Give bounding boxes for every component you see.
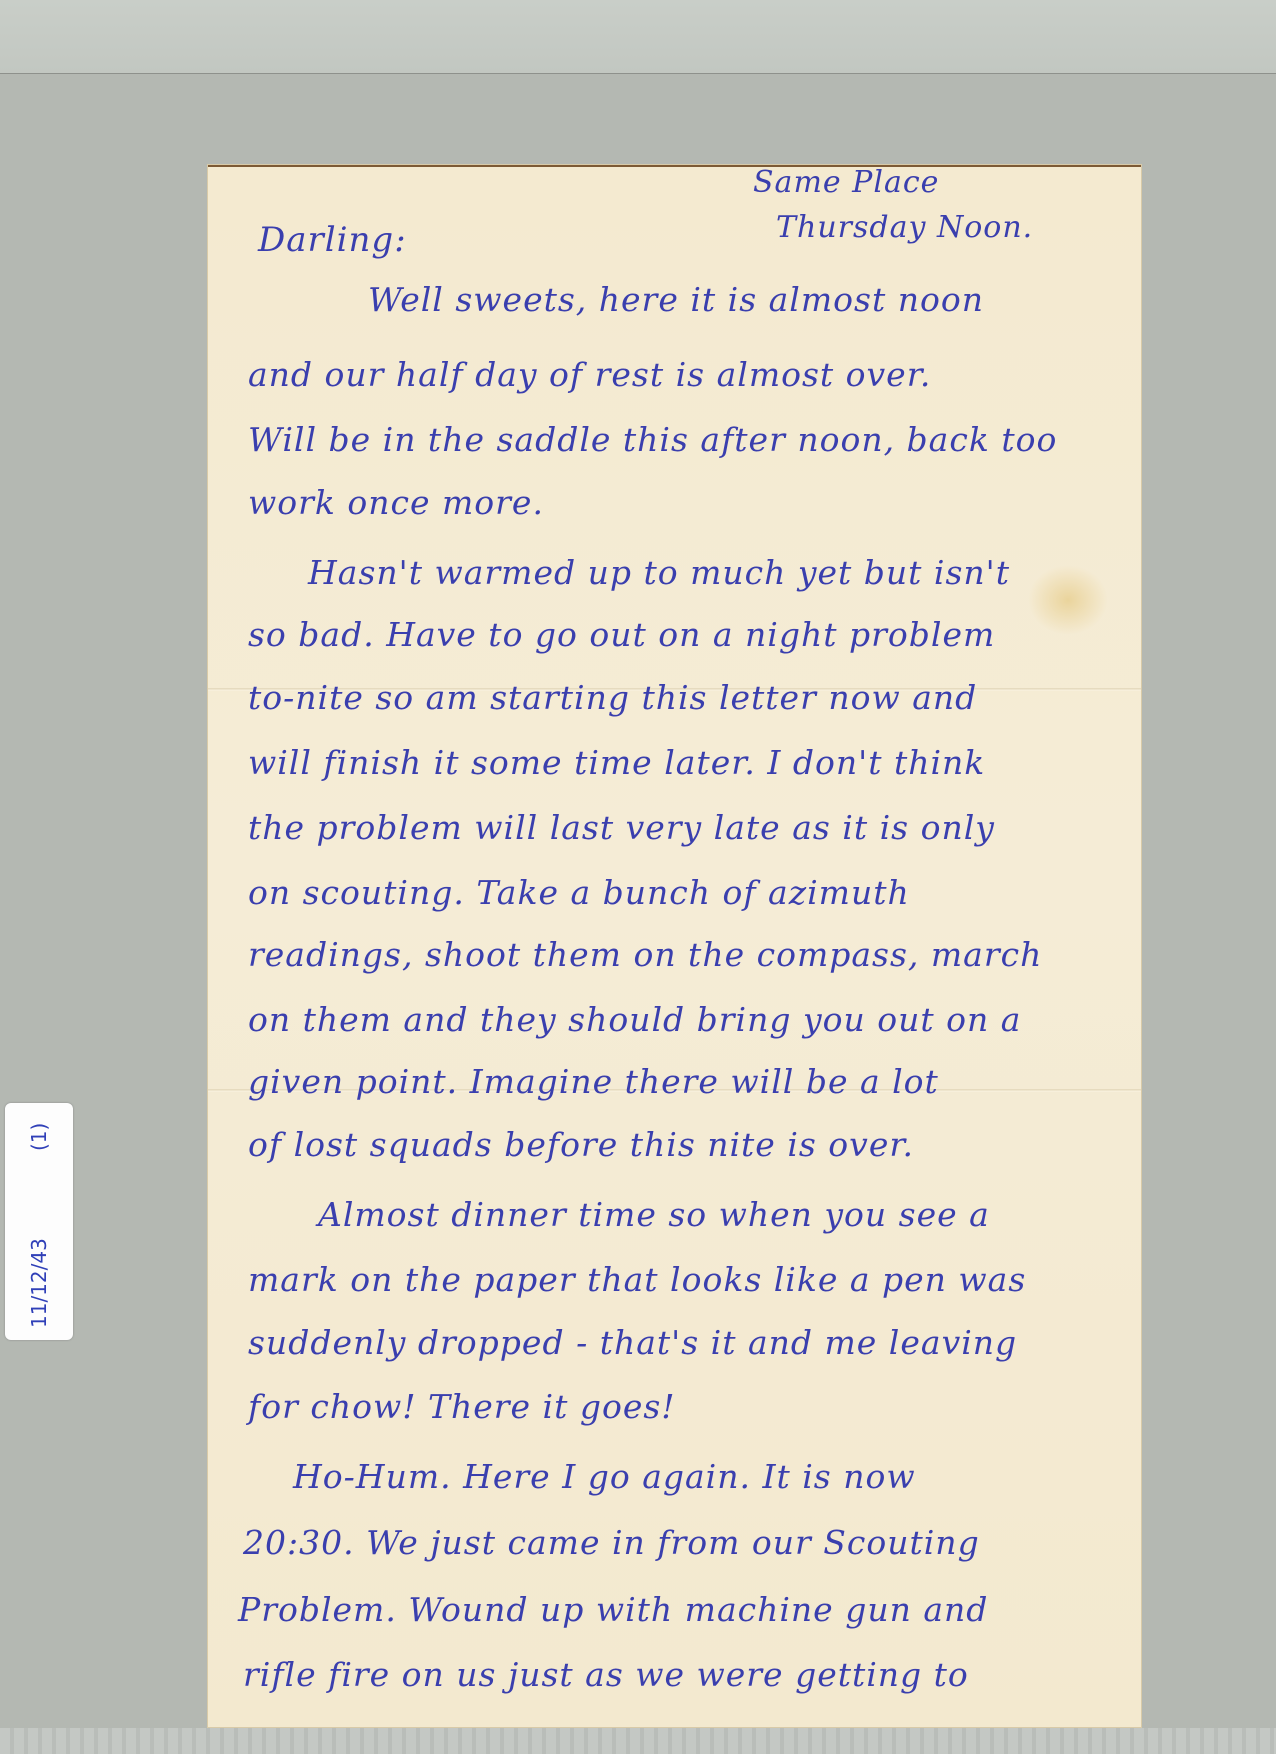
letter-line: Problem. Wound up with machine gun and [238,1590,988,1629]
letter-line: suddenly dropped - that's it and me leav… [248,1323,1017,1362]
letter-line: rifle fire on us just as we were getting… [243,1655,969,1694]
label-page-number: (1) [27,1123,51,1151]
letter-line: given point. Imagine there will be a lot [248,1062,939,1101]
letter-page: Same Place Thursday Noon. Darling: Well … [208,165,1141,1727]
label-date: 11/12/43 [27,1238,51,1328]
letter-line: Will be in the saddle this after noon, b… [248,420,1057,459]
letter-line: of lost squads before this nite is over. [248,1125,914,1164]
letter-line: the problem will last very late as it is… [248,808,995,847]
page-number: 1 [27,1130,51,1143]
letter-line: work once more. [248,483,544,522]
letter-line: 20:30. We just came in from our Scouting [243,1523,980,1562]
letter-line: on them and they should bring you out on… [248,1000,1021,1039]
sleeve-bottom-edge [0,1728,1276,1754]
letter-line: Almost dinner time so when you see a [318,1195,990,1234]
letter-line: Hasn't warmed up to much yet but isn't [308,553,1010,592]
letter-line: Well sweets, here it is almost noon [368,280,984,319]
letter-line: on scouting. Take a bunch of azimuth [248,873,910,912]
letter-line: will finish it some time later. I don't … [248,743,985,782]
archive-label-card: (1) 11/12/43 [5,1103,73,1340]
salutation: Darling: [258,220,407,260]
letter-line: Ho-Hum. Here I go again. It is now [293,1457,916,1496]
letter-line: for chow! There it goes! [248,1387,676,1426]
letter-time: Thursday Noon. [776,210,1033,245]
letter-place: Same Place [753,165,939,200]
sleeve-top [0,0,1276,74]
paper-stain [1028,565,1108,635]
letter-line: readings, shoot them on the compass, mar… [248,935,1042,974]
letter-line: so bad. Have to go out on a night proble… [248,615,995,654]
letter-line: and our half day of rest is almost over. [248,355,931,394]
letter-line: mark on the paper that looks like a pen … [248,1260,1026,1299]
letter-line: to-nite so am starting this letter now a… [248,678,977,717]
